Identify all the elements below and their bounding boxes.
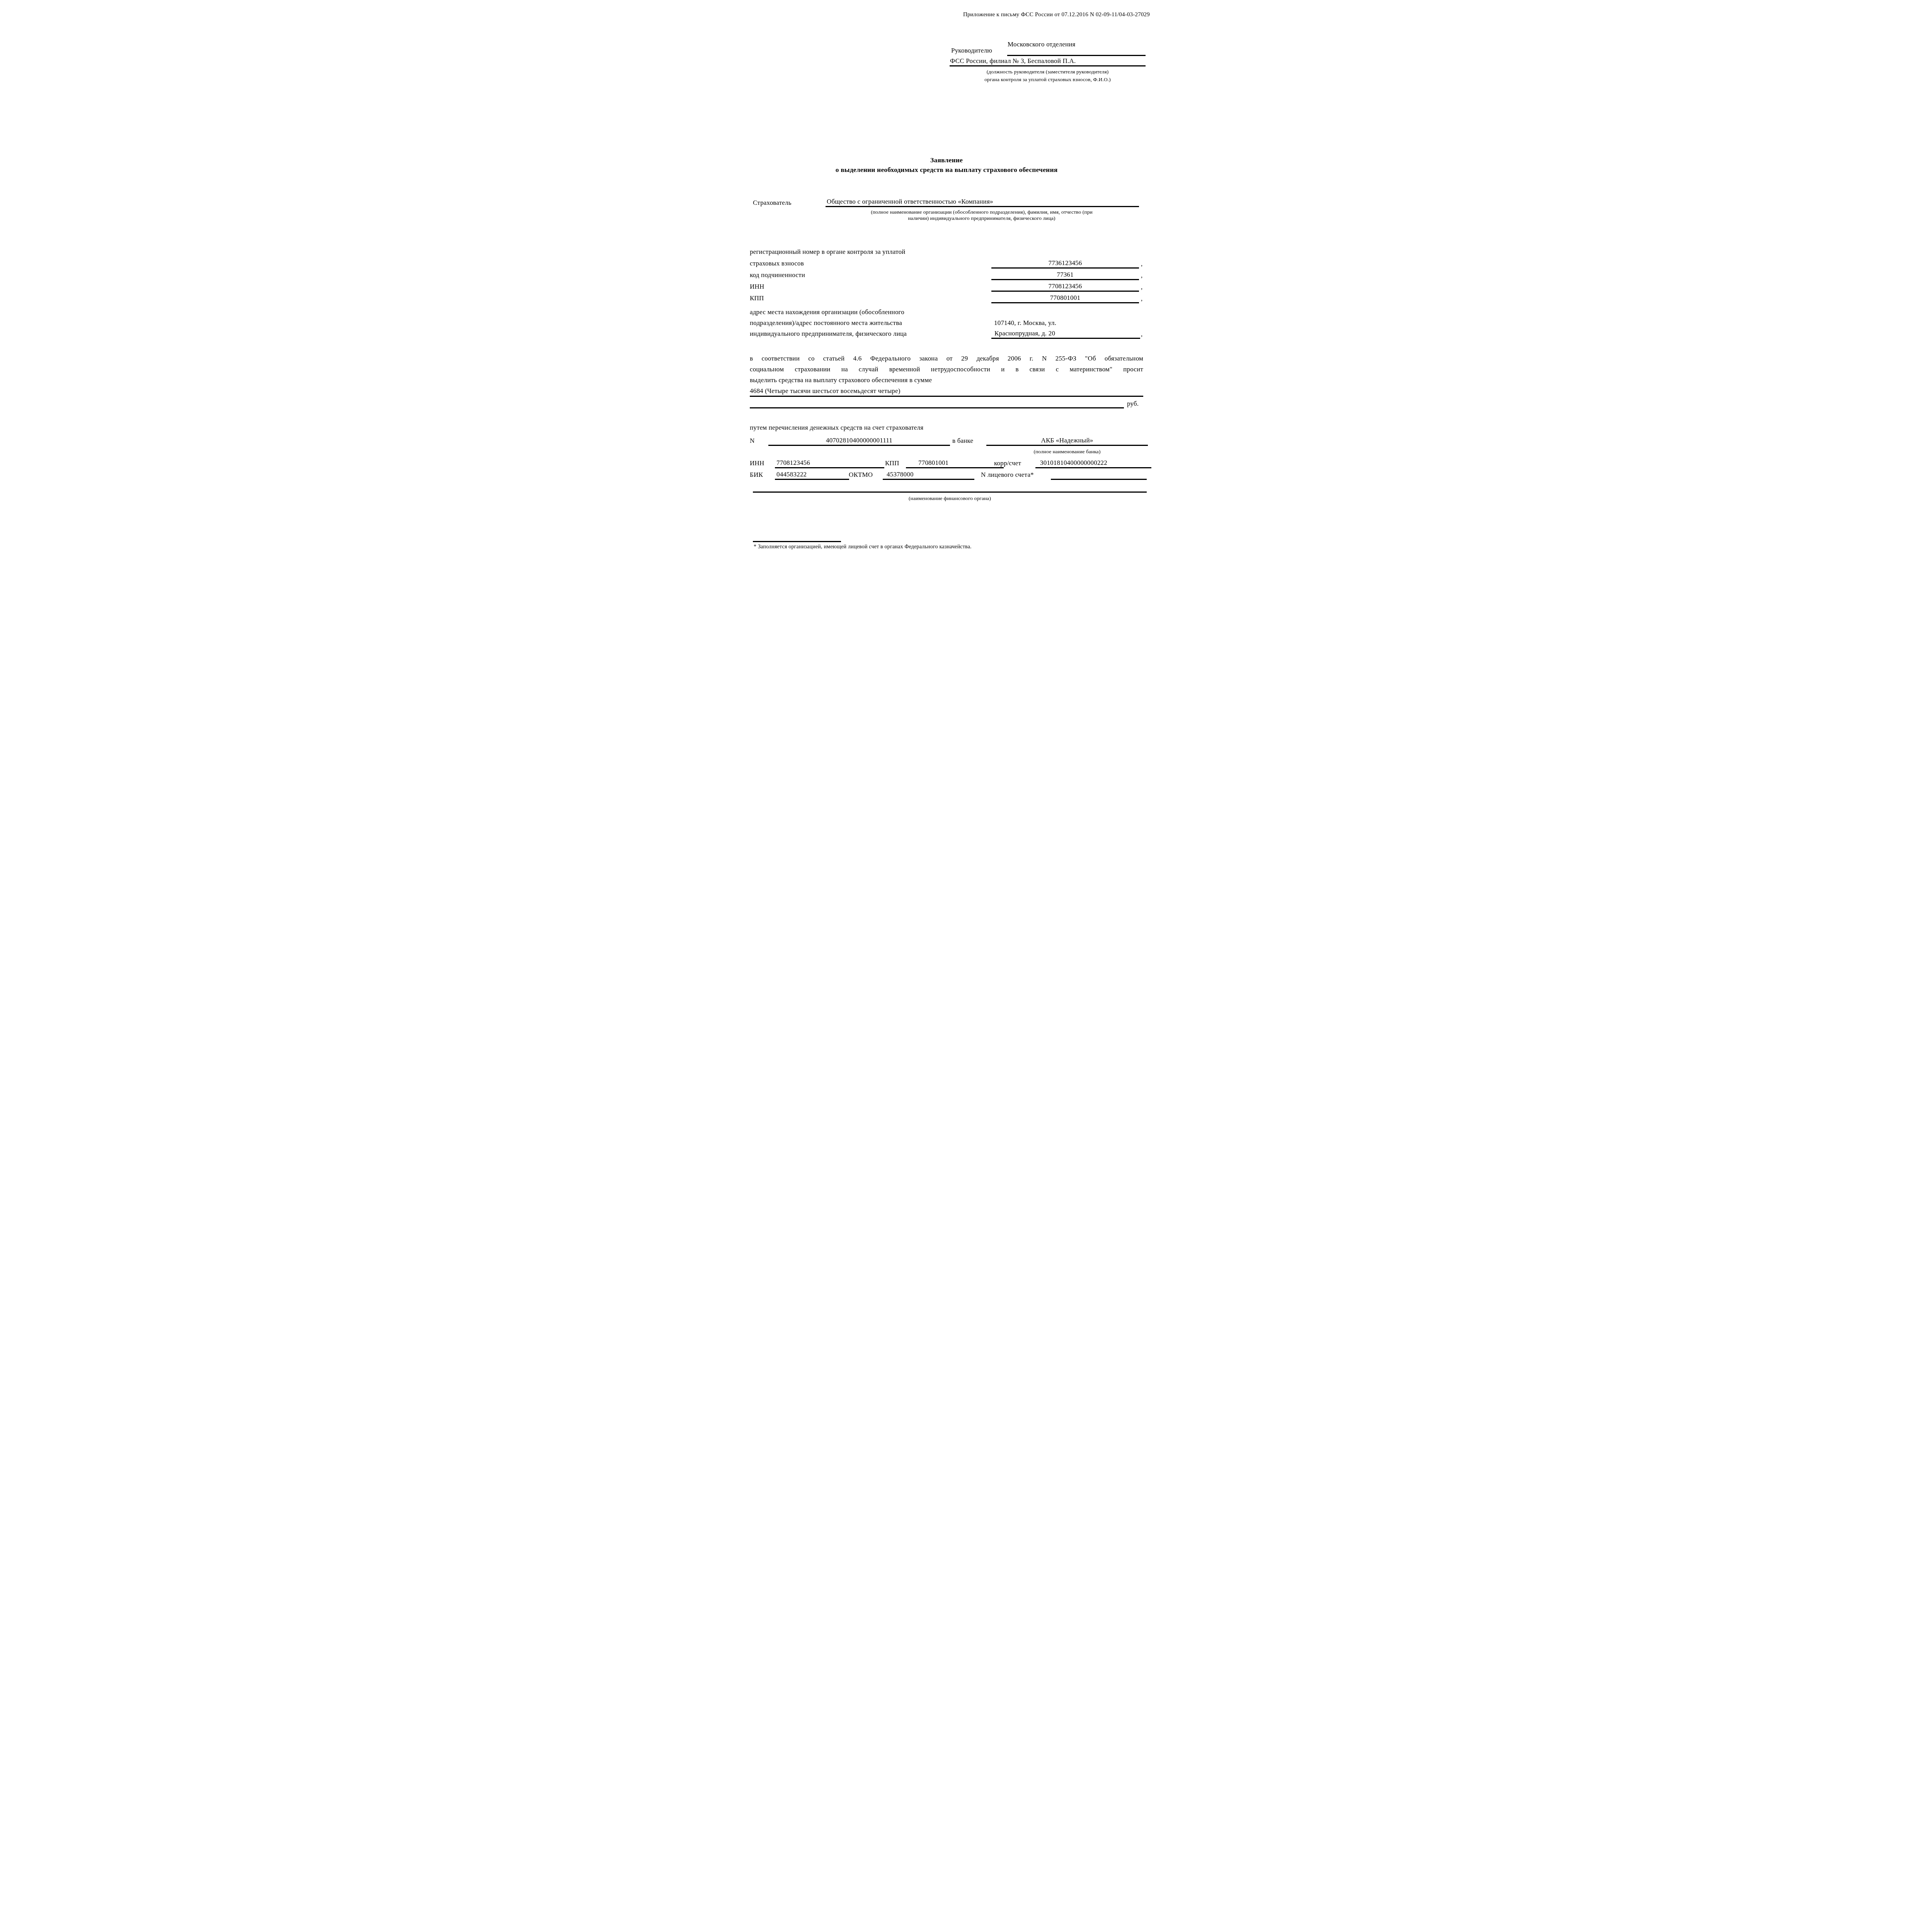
- bik-value: 044583222: [776, 471, 807, 478]
- addressee-underline-2: [950, 65, 1146, 66]
- addressee-department-value: Московского отделения: [1008, 41, 1076, 48]
- account-number-value: 40702810400000001111: [826, 437, 892, 444]
- subordination-label: код подчиненности: [750, 271, 805, 279]
- kpp-value: 770801001: [1050, 294, 1080, 301]
- inn-row: ИНН 7708123456 ,: [750, 282, 1149, 292]
- inn-value: 7708123456: [1049, 282, 1082, 290]
- title-line2: о выделении необходимых средств на выпла…: [750, 165, 1143, 175]
- reg-number-field: 7736123456: [991, 259, 1139, 269]
- oktmo-label: ОКТМО: [849, 471, 873, 479]
- reg-number-row: страховых взносов 7736123456 ,: [750, 259, 1149, 269]
- addressee-label: Руководителю: [951, 47, 992, 54]
- insured-caption-line1: (полное наименование организации (обособ…: [826, 209, 1138, 215]
- corr-account-label: корр/счет: [994, 459, 1021, 467]
- document-page: Приложение к письму ФСС России от 07.12.…: [719, 0, 1198, 568]
- reg-number-value: 7736123456: [1049, 259, 1082, 267]
- bank-inn-field: 7708123456: [775, 459, 884, 468]
- address-value-line2: Краснопрудная, д. 20: [994, 330, 1055, 337]
- bik-row: БИК 044583222 ОКТМО 45378000 N лицевого …: [750, 470, 1149, 480]
- kpp-label: КПП: [750, 294, 764, 302]
- title-line1: Заявление: [750, 155, 1143, 165]
- bank-kpp-label: КПП: [885, 459, 899, 467]
- comma-mark: ,: [1141, 272, 1142, 279]
- bank-kpp-field: 770801001: [906, 459, 1004, 468]
- body-line1: в соответствии со статьей 4.6 Федерально…: [750, 355, 1143, 362]
- kpp-field: 770801001: [991, 294, 1139, 303]
- reg-number-label-line2: страховых взносов: [750, 260, 804, 267]
- bank-kpp-value: 770801001: [918, 459, 948, 466]
- footnote-separator: [753, 541, 841, 542]
- kpp-row: КПП 770801001 ,: [750, 294, 1149, 303]
- subordination-row: код подчиненности 77361 ,: [750, 270, 1149, 280]
- account-row: N 40702810400000001111 в банке АКБ «Наде…: [750, 436, 1149, 446]
- insured-name-value: Общество с ограниченной ответственностью…: [827, 198, 993, 205]
- oktmo-value: 45378000: [887, 471, 914, 478]
- bank-name-field: АКБ «Надежный»: [986, 436, 1148, 446]
- addressee-caption-line1: (должность руководителя (заместителя рук…: [950, 68, 1146, 75]
- insured-name-field: Общество с ограниченной ответственностью…: [826, 197, 1139, 207]
- bank-caption: (полное наименование банка): [986, 448, 1148, 455]
- body-line3: выделить средства на выплату страхового …: [750, 376, 932, 384]
- address-field: Краснопрудная, д. 20: [991, 329, 1140, 339]
- comma-mark: ,: [1141, 260, 1142, 268]
- personal-account-field: [1051, 470, 1147, 480]
- document-title: Заявление о выделении необходимых средст…: [750, 155, 1143, 175]
- finorg-underline: [753, 492, 1147, 493]
- transfer-intro: путем перечисления денежных средств на с…: [750, 424, 923, 432]
- bank-name-value: АКБ «Надежный»: [1041, 437, 1093, 444]
- bik-field: 044583222: [775, 470, 849, 480]
- comma-mark: ,: [1141, 330, 1142, 338]
- bank-inn-label: ИНН: [750, 459, 764, 467]
- rubles-row: руб.: [750, 399, 1143, 408]
- address-row: индивидуального предпринимателя, физичес…: [750, 329, 1149, 339]
- account-number-label: N: [750, 437, 754, 445]
- amount-in-words-value: 4684 (Четыре тысячи шестьсот восемьдесят…: [750, 387, 901, 395]
- footnote-text: * Заполняется организацией, имеющей лице…: [754, 544, 972, 550]
- addressee-block: Московского отделения Руководителю ФСС Р…: [950, 40, 1146, 83]
- insured-label: Страхователь: [753, 199, 792, 207]
- finorg-caption: (наименование финансового органа): [753, 495, 1147, 502]
- addressee-caption-line2: органа контроля за уплатой страховых взн…: [950, 76, 1146, 83]
- subordination-value: 77361: [1057, 271, 1074, 278]
- address-label-line2: подразделения)/адрес постоянного места ж…: [750, 319, 902, 327]
- insured-caption-line2: наличии) индивидуального предпринимателя…: [826, 215, 1138, 221]
- appendix-header: Приложение к письму ФСС России от 07.12.…: [750, 12, 1150, 18]
- address-label-line3: индивидуального предпринимателя, физичес…: [750, 330, 907, 338]
- address-label-line1: адрес места нахождения организации (обос…: [750, 308, 904, 316]
- account-number-field: 40702810400000001111: [768, 436, 950, 446]
- addressee-name-value: ФСС России, филиал № 3, Беспаловой П.А.: [950, 57, 1076, 65]
- in-bank-label: в банке: [952, 437, 973, 445]
- amount-in-words-field: 4684 (Четыре тысячи шестьсот восемьдесят…: [750, 386, 1143, 397]
- comma-mark: ,: [1141, 295, 1142, 303]
- bank-inn-value: 7708123456: [776, 459, 810, 466]
- currency-label: руб.: [1127, 400, 1139, 408]
- oktmo-field: 45378000: [883, 470, 974, 480]
- inn-field: 7708123456: [991, 282, 1139, 292]
- bik-label: БИК: [750, 471, 763, 479]
- addressee-underline-1: [1007, 55, 1146, 56]
- reg-number-label-line1: регистрационный номер в органе контроля …: [750, 248, 905, 256]
- subordination-field: 77361: [991, 270, 1139, 280]
- corr-account-field: 30101810400000000222: [1035, 459, 1151, 468]
- corr-account-value: 30101810400000000222: [1040, 459, 1107, 466]
- amount-continuation-underline: [750, 399, 1124, 408]
- address-value-line1: 107140, г. Москва, ул.: [994, 319, 1056, 327]
- body-line2: социальном страховании на случай временн…: [750, 366, 1143, 373]
- comma-mark: ,: [1141, 283, 1142, 291]
- bank-inn-row: ИНН 7708123456 КПП 770801001 корр/счет 3…: [750, 458, 1149, 468]
- inn-label: ИНН: [750, 283, 764, 291]
- personal-account-label: N лицевого счета*: [981, 471, 1034, 479]
